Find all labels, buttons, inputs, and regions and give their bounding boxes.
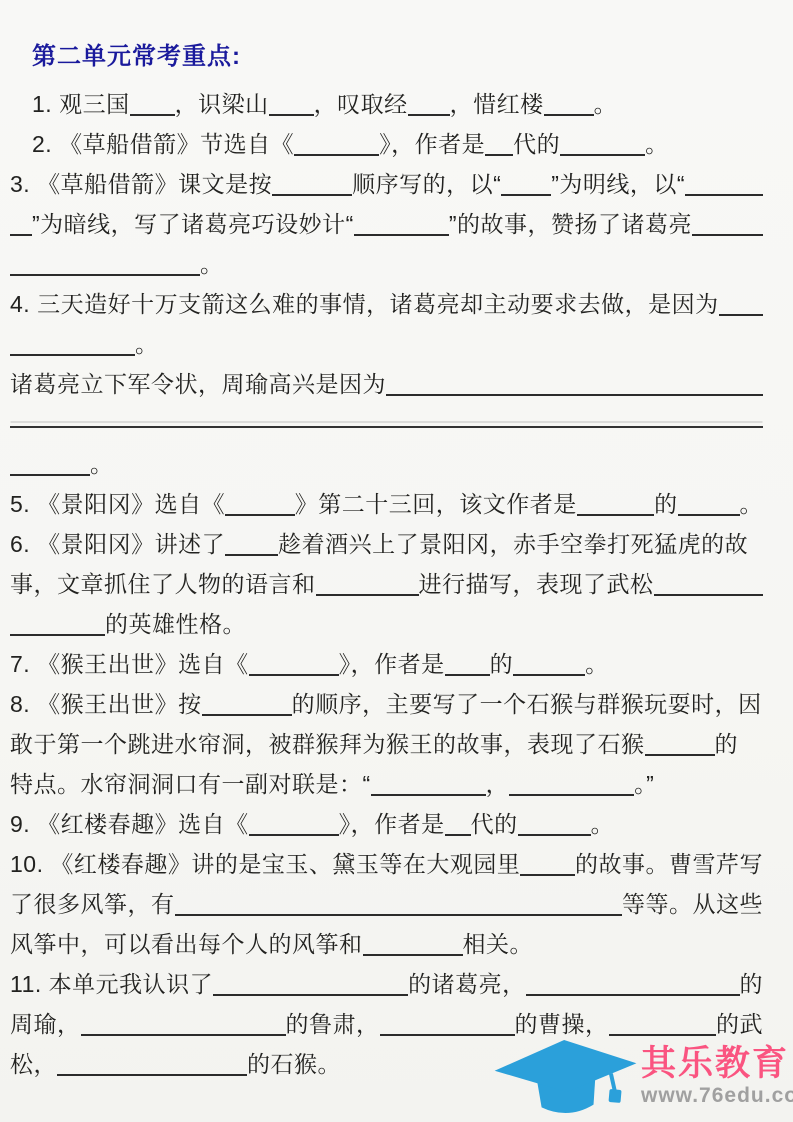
text-run: 周瑜， [10,1004,81,1044]
text-run: 1. 观三国 [32,84,130,124]
answer-blank [57,1074,247,1076]
text-run: ， [486,764,510,804]
text-run: 》，作者是 [339,644,445,684]
question-9: 9. 《红楼春趣》选自《》，作者是代的。 [10,804,763,844]
brand-block: 其乐教育 www.76edu.com [641,1044,793,1108]
answer-blank [294,154,379,156]
question-4-answer-rule [10,404,763,444]
text-run: 等等。从这些 [622,884,763,924]
answer-blank [10,234,32,236]
question-10-line-2: 了很多风筝，有等等。从这些 [10,884,763,924]
answer-blank [520,874,575,876]
question-6-line-1: 6. 《景阳冈》讲述了趁着酒兴上了景阳冈，赤手空拳打死猛虎的故 [10,524,763,564]
question-6-line-2: 事，文章抓住了人物的语言和进行描写，表现了武松 [10,564,763,604]
text-run: ”为暗线，写了诸葛亮巧设妙计“ [32,204,354,244]
answer-blank [269,114,314,116]
answer-blank [485,154,513,156]
text-run: 10. 《红楼春趣》讲的是宝玉、黛玉等在大观园里 [10,844,520,884]
question-4-line-3: 诸葛亮立下军令状，周瑜高兴是因为 [10,364,763,404]
text-run: ，识梁山 [175,84,269,124]
text-run: 。 [591,804,615,844]
text-run: 》第二十三回，该文作者是 [295,484,577,524]
question-11-line-1: 11. 本单元我认识了的诸葛亮，的 [10,964,763,1004]
text-run: 。 [200,244,224,284]
answer-blank [509,794,634,796]
text-run: 》，作者是 [339,804,445,844]
text-run: 6. 《景阳冈》讲述了 [10,524,225,564]
question-3-line-2: ”为暗线，写了诸葛亮巧设妙计“”的故事，赞扬了诸葛亮 [10,204,763,244]
answer-blank [202,714,292,716]
document-body: 1. 观三国，识梁山，叹取经，惜红楼。2. 《草船借箭》节选自《》，作者是代的。… [10,84,763,1084]
worksheet-page: 第二单元常考重点: 1. 观三国，识梁山，叹取经，惜红楼。2. 《草船借箭》节选… [0,0,793,1122]
answer-blank [577,514,654,516]
question-10-line-1: 10. 《红楼春趣》讲的是宝玉、黛玉等在大观园里的故事。曹雪芹写 [10,844,763,884]
question-3-line-1: 3. 《草船借箭》课文是按顺序写的，以“”为明线，以“ [10,164,763,204]
answer-blank [685,194,763,196]
answer-blank [130,114,175,116]
answer-blank [10,354,135,356]
answer-blank [10,474,90,476]
text-run: 9. 《红楼春趣》选自《 [10,804,249,844]
text-run: 的顺序，主要写了一个石猴与群猴玩耍时，因 [292,684,762,724]
text-run: 7. 《猴王出世》选自《 [10,644,249,684]
question-8-line-3: 特点。水帘洞洞口有一副对联是：“，。” [10,764,763,804]
text-run: 8. 《猴王出世》按 [10,684,202,724]
text-run: 。 [135,324,159,364]
answer-blank [678,514,740,516]
text-run: 的 [490,644,514,684]
text-run: 。” [634,764,654,804]
answer-blank [645,754,715,756]
question-1: 1. 观三国，识梁山，叹取经，惜红楼。 [10,84,763,124]
answer-blank [513,674,585,676]
text-run: 进行描写，表现了武松 [419,564,654,604]
question-4-line-1: 4. 三天造好十万支箭这么难的事情，诸葛亮却主动要求去做，是因为 [10,284,763,324]
text-run: 诸葛亮立下军令状，周瑜高兴是因为 [10,364,386,404]
text-run: 》，作者是 [379,124,485,164]
text-run: ”的故事，赞扬了诸葛亮 [449,204,692,244]
text-run: 。 [645,124,669,164]
question-3-line-3: 。 [10,244,763,284]
answer-blank [316,594,419,596]
answer-blank [445,834,471,836]
answer-blank [81,1034,286,1036]
answer-rule-line [10,426,763,428]
text-run: 的 [740,964,764,1004]
text-run: ”为明线，以“ [551,164,685,204]
question-4-line-5: 。 [10,444,763,484]
answer-blank [371,794,486,796]
text-run: 代的 [471,804,518,844]
text-run: 2. 《草船借箭》节选自《 [32,124,294,164]
answer-blank [386,394,763,396]
answer-blank [272,194,352,196]
text-run: 的诸葛亮， [408,964,526,1004]
question-8-line-1: 8. 《猴王出世》按的顺序，主要写了一个石猴与群猴玩耍时，因 [10,684,763,724]
text-run: 代的 [513,124,560,164]
text-run: 4. 三天造好十万支箭这么难的事情，诸葛亮却主动要求去做，是因为 [10,284,719,324]
answer-blank [363,954,463,956]
text-run: ，叹取经 [314,84,408,124]
text-run: 的 [715,724,739,764]
text-run: 5. 《景阳冈》选自《 [10,484,225,524]
text-run: 特点。水帘洞洞口有一副对联是：“ [10,764,371,804]
page-title: 第二单元常考重点: [32,44,763,70]
answer-blank [408,114,450,116]
answer-blank [719,314,763,316]
answer-blank [518,834,591,836]
text-run: 11. 本单元我认识了 [10,964,213,1004]
answer-blank [249,834,339,836]
text-run: 趁着酒兴上了景阳冈，赤手空拳打死猛虎的故 [278,524,748,564]
graduation-cap-icon [491,1034,641,1118]
answer-blank [654,594,764,596]
text-run: 相关。 [463,924,534,964]
question-8-line-2: 敢于第一个跳进水帘洞，被群猴拜为猴王的故事，表现了石猴的 [10,724,763,764]
footer-logo: 其乐教育 www.76edu.com [491,1034,791,1118]
text-run: 。 [594,84,618,124]
question-2: 2. 《草船借箭》节选自《》，作者是代的。 [10,124,763,164]
text-run: 的英雄性格。 [105,604,246,644]
text-run: 的故事。曹雪芹写 [575,844,763,884]
question-7: 7. 《猴王出世》选自《》，作者是的。 [10,644,763,684]
answer-blank [10,634,105,636]
answer-blank [526,994,740,996]
answer-blank [544,114,594,116]
answer-blank [249,674,339,676]
text-run: 的石猴。 [247,1044,341,1084]
question-4-line-2: 。 [10,324,763,364]
text-run: 。 [740,484,764,524]
question-10-line-3: 风筝中，可以看出每个人的风筝和相关。 [10,924,763,964]
answer-blank [560,154,645,156]
text-run: 敢于第一个跳进水帘洞，被群猴拜为猴王的故事，表现了石猴 [10,724,645,764]
text-run: ，惜红楼 [450,84,544,124]
answer-blank [225,514,295,516]
text-run: 的鲁肃， [286,1004,380,1044]
answer-blank [175,914,623,916]
text-run: 3. 《草船借箭》课文是按 [10,164,272,204]
text-run: 。 [585,644,609,684]
answer-blank [692,234,763,236]
text-run: 的 [654,484,678,524]
text-run: 事，文章抓住了人物的语言和 [10,564,316,604]
brand-url: www.76edu.com [641,1084,793,1108]
text-run: 松， [10,1044,57,1084]
answer-blank [10,274,200,276]
text-run: 。 [90,444,114,484]
answer-blank [213,994,408,996]
text-run: 风筝中，可以看出每个人的风筝和 [10,924,363,964]
text-run: 了很多风筝，有 [10,884,175,924]
answer-blank [501,194,551,196]
answer-blank [225,554,278,556]
answer-blank [354,234,449,236]
question-6-line-3: 的英雄性格。 [10,604,763,644]
brand-name: 其乐教育 [641,1044,789,1084]
text-run: 顺序写的，以“ [352,164,501,204]
answer-blank [445,674,490,676]
question-5: 5. 《景阳冈》选自《》第二十三回，该文作者是的。 [10,484,763,524]
